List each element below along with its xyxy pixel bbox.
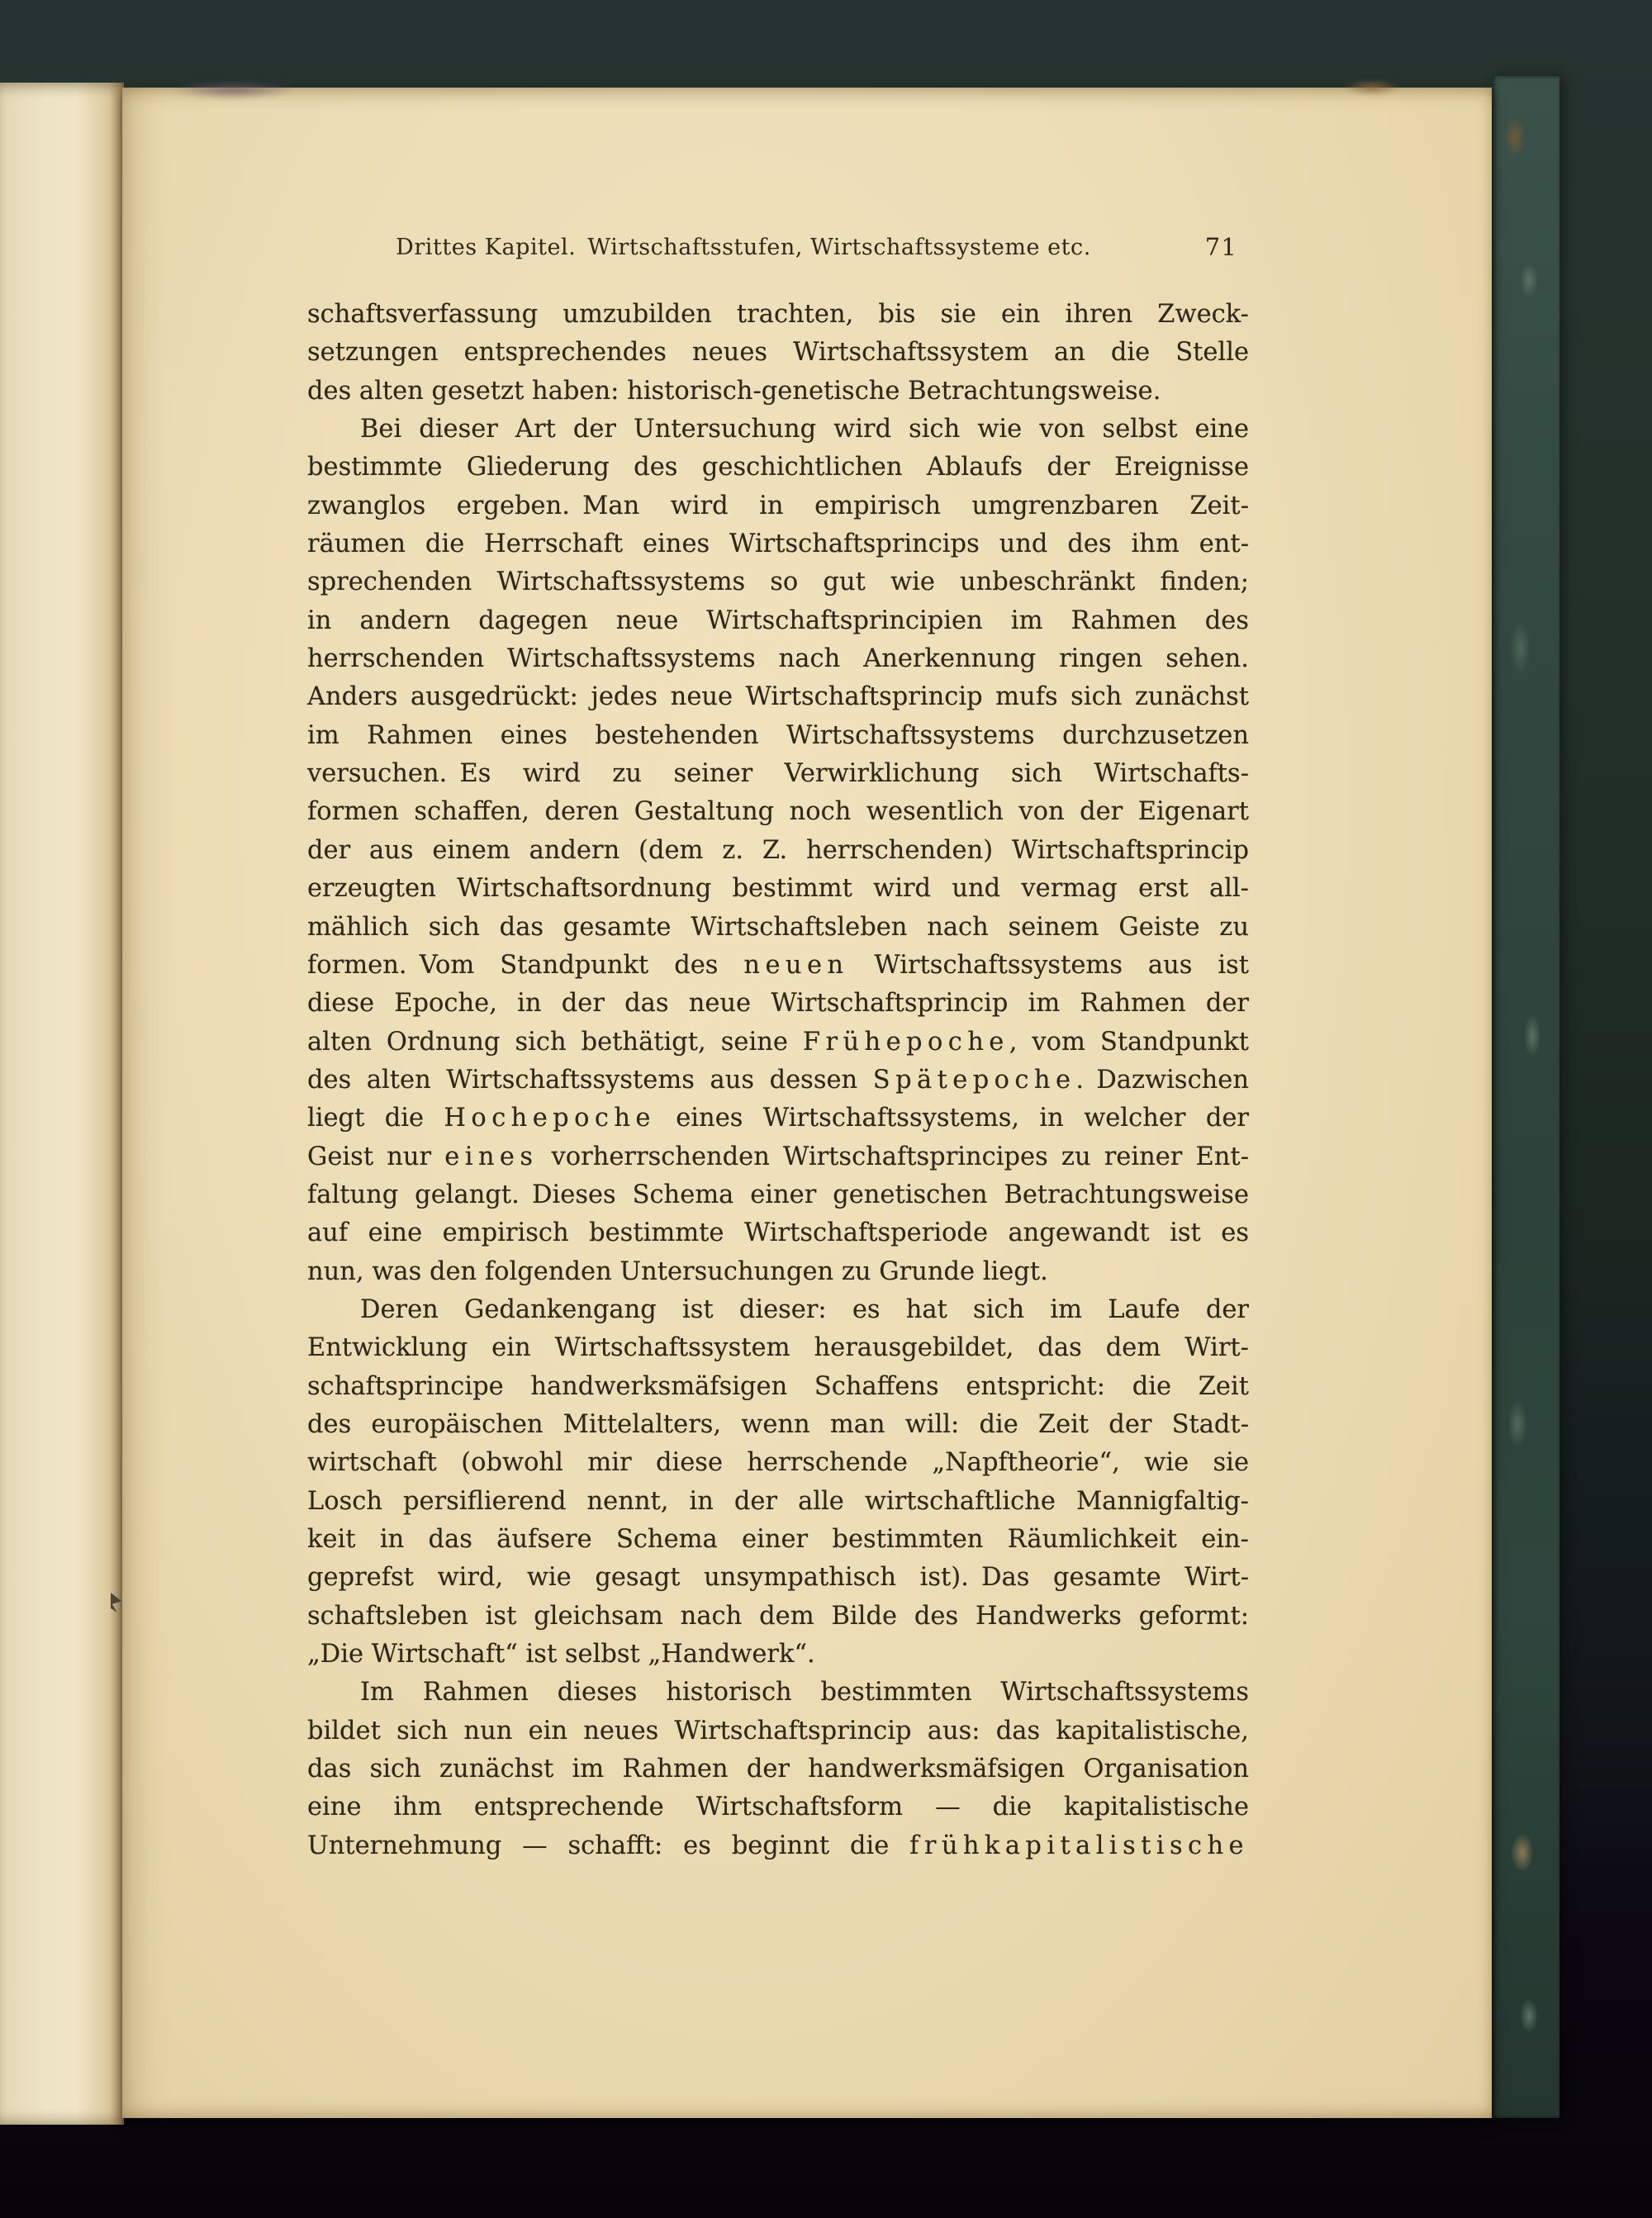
text-line: im Rahmen eines bestehenden Wirtschaftss…	[307, 717, 1249, 755]
paper-smudge	[172, 81, 296, 99]
text-line: setzungen entsprechendes neues Wirtschaf…	[307, 334, 1249, 372]
text-line: schaftsprincipe handwerksmäfsigen Schaff…	[307, 1368, 1249, 1406]
text-line: des alten Wirtschaftssystems aus dessen …	[307, 1062, 1249, 1100]
text-segment: Anders ausgedrückt: jedes neue Wirtschaf…	[307, 682, 1249, 711]
text-line: schaftsleben ist gleichsam nach dem Bild…	[307, 1598, 1249, 1636]
text-line: versuchen. Es wird zu seiner Verwirklich…	[307, 755, 1249, 793]
text-segment: mählich sich das gesamte Wirtschaftslebe…	[307, 913, 1249, 942]
text-line: bildet sich nun ein neues Wirtschaftspri…	[307, 1712, 1249, 1750]
text-segment: Bei dieser Art der Untersuchung wird sic…	[360, 415, 1249, 444]
text-segment: des europäischen Mittelalters, wenn man …	[307, 1410, 1249, 1439]
text-line: diese Epoche, in der das neue Wirtschaft…	[307, 985, 1249, 1023]
text-segment: Entwicklung ein Wirtschaftssystem heraus…	[307, 1333, 1249, 1362]
text-line: des europäischen Mittelalters, wenn man …	[307, 1406, 1249, 1444]
text-segment: bildet sich nun ein neues Wirtschaftspri…	[307, 1717, 1249, 1745]
running-title: Drittes Kapitel. Wirtschaftsstufen, Wirt…	[307, 235, 1180, 260]
book-page: Drittes Kapitel. Wirtschaftsstufen, Wirt…	[122, 88, 1492, 2118]
text-segment: , vom Standpunkt	[1009, 1028, 1249, 1057]
text-segment: Deren Gedankengang ist dieser: es hat si…	[360, 1295, 1249, 1324]
text-line: keit in das äufsere Schema einer bestimm…	[307, 1521, 1249, 1559]
text-line: alten Ordnung sich bethätigt, seine Früh…	[307, 1024, 1249, 1062]
text-line: auf eine empirisch bestimmte Wirtschafts…	[307, 1214, 1249, 1252]
body-text: schaftsverfassung umzubilden trachten, b…	[307, 296, 1249, 1865]
text-line: Unternehmung — schafft: es beginnt die f…	[307, 1827, 1249, 1865]
text-line: geprefst wird, wie gesagt unsympathisch …	[307, 1559, 1249, 1597]
text-segment: auf eine empirisch bestimmte Wirtschafts…	[307, 1218, 1249, 1247]
text-segment: räumen die Herrschaft eines Wirtschaftsp…	[307, 530, 1249, 558]
paper-smudge	[1343, 79, 1401, 96]
letter-spaced-text: Spätepoche	[873, 1066, 1076, 1095]
text-segment: Losch persiflierend nennt, in der alle w…	[307, 1487, 1249, 1516]
previous-page-edge	[0, 83, 124, 2125]
letter-spaced-text: eines	[444, 1142, 538, 1171]
text-segment: diese Epoche, in der das neue Wirtschaft…	[307, 989, 1249, 1018]
text-segment: des alten gesetzt haben: historisch-gene…	[307, 377, 1161, 406]
text-segment: Geist nur	[307, 1142, 444, 1171]
text-line: Entwicklung ein Wirtschaftssystem heraus…	[307, 1329, 1249, 1367]
text-line: formen schaffen, deren Gestaltung noch w…	[307, 793, 1249, 831]
text-segment: in andern dagegen neue Wirtschaftsprinci…	[307, 606, 1249, 635]
text-segment: keit in das äufsere Schema einer bestimm…	[307, 1525, 1249, 1554]
text-segment: eine ihm entsprechende Wirtschaftsform —…	[307, 1793, 1249, 1821]
page-number: 71	[1205, 233, 1237, 261]
text-line: Deren Gedankengang ist dieser: es hat si…	[307, 1291, 1249, 1329]
text-line: Anders ausgedrückt: jedes neue Wirtschaf…	[307, 678, 1249, 716]
text-segment: eines Wirtschaftssystems, in welcher der	[656, 1104, 1249, 1133]
text-segment: zwanglos ergeben. Man wird in empirisch …	[307, 492, 1249, 520]
text-line: herrschenden Wirtschaftssystems nach Ane…	[307, 640, 1249, 678]
text-segment: im Rahmen eines bestehenden Wirtschaftss…	[307, 721, 1249, 750]
text-segment: nun, was den folgenden Untersuchungen zu…	[307, 1257, 1048, 1286]
text-line: schaftsverfassung umzubilden trachten, b…	[307, 296, 1249, 334]
text-segment: herrschenden Wirtschaftssystems nach Ane…	[307, 644, 1249, 673]
text-segment: des alten Wirtschaftssystems aus dessen	[307, 1066, 873, 1095]
text-segment: Wirtschaftssystems aus ist	[848, 951, 1249, 980]
text-line: Im Rahmen dieses historisch bestimmten W…	[307, 1674, 1249, 1712]
text-segment: vorherrschenden Wirtschaftsprincipes zu …	[538, 1142, 1249, 1171]
text-line: mählich sich das gesamte Wirtschaftslebe…	[307, 909, 1249, 947]
letter-spaced-text: Frühepoche	[803, 1028, 1009, 1057]
text-line: bestimmte Gliederung des geschichtlichen…	[307, 449, 1249, 487]
page-header: Drittes Kapitel. Wirtschaftsstufen, Wirt…	[307, 235, 1249, 269]
text-segment: bestimmte Gliederung des geschichtlichen…	[307, 453, 1249, 482]
text-segment: schaftsprincipe handwerksmäfsigen Schaff…	[307, 1372, 1249, 1401]
text-line: sprechenden Wirtschaftssystems so gut wi…	[307, 563, 1249, 601]
text-line: Losch persiflierend nennt, in der alle w…	[307, 1483, 1249, 1521]
letter-spaced-text: Hochepoche	[444, 1104, 655, 1133]
letter-spaced-text: frühkapitalistische	[909, 1831, 1249, 1860]
text-line: zwanglos ergeben. Man wird in empirisch …	[307, 487, 1249, 525]
text-line: nun, was den folgenden Untersuchungen zu…	[307, 1253, 1249, 1291]
text-line: räumen die Herrschaft eines Wirtschaftsp…	[307, 525, 1249, 563]
text-segment: formen. Vom Standpunkt des	[307, 951, 743, 980]
text-segment: setzungen entsprechendes neues Wirtschaf…	[307, 338, 1249, 367]
text-segment: der aus einem andern (dem z. Z. herrsche…	[307, 836, 1249, 865]
text-line: wirtschaft (obwohl mir diese herrschende…	[307, 1444, 1249, 1482]
text-line: Geist nur eines vorherrschenden Wirtscha…	[307, 1138, 1249, 1176]
text-line: liegt die Hochepoche eines Wirtschaftssy…	[307, 1100, 1249, 1137]
text-segment: . Dazwischen	[1075, 1066, 1249, 1095]
text-segment: formen schaffen, deren Gestaltung noch w…	[307, 797, 1249, 826]
text-segment: schaftsverfassung umzubilden trachten, b…	[307, 300, 1249, 329]
text-line: faltung gelangt. Dieses Schema einer gen…	[307, 1176, 1249, 1214]
text-line: in andern dagegen neue Wirtschaftsprinci…	[307, 602, 1249, 640]
text-line: des alten gesetzt haben: historisch-gene…	[307, 373, 1249, 411]
text-segment: liegt die	[307, 1104, 444, 1133]
text-segment: geprefst wird, wie gesagt unsympathisch …	[307, 1563, 1249, 1592]
text-segment: Im Rahmen dieses historisch bestimmten W…	[360, 1678, 1249, 1707]
text-line: eine ihm entsprechende Wirtschaftsform —…	[307, 1788, 1249, 1826]
text-segment: „Die Wirtschaft“ ist selbst „Handwerk“.	[307, 1640, 815, 1669]
text-segment: erzeugten Wirtschaftsordnung bestimmt wi…	[307, 874, 1249, 903]
text-line: das sich zunächst im Rahmen der handwerk…	[307, 1750, 1249, 1788]
text-segment: sprechenden Wirtschaftssystems so gut wi…	[307, 568, 1249, 596]
text-line: erzeugten Wirtschaftsordnung bestimmt wi…	[307, 870, 1249, 908]
text-segment: schaftsleben ist gleichsam nach dem Bild…	[307, 1602, 1249, 1631]
text-segment: alten Ordnung sich bethätigt, seine	[307, 1028, 803, 1057]
text-line: formen. Vom Standpunkt des neuen Wirtsch…	[307, 947, 1249, 985]
text-segment: versuchen. Es wird zu seiner Verwirklich…	[307, 759, 1249, 788]
text-segment: das sich zunächst im Rahmen der handwerk…	[307, 1755, 1249, 1783]
text-line: Bei dieser Art der Untersuchung wird sic…	[307, 411, 1249, 449]
text-segment: Unternehmung — schafft: es beginnt die	[307, 1831, 909, 1860]
letter-spaced-text: neuen	[743, 951, 848, 980]
text-segment: faltung gelangt. Dieses Schema einer gen…	[307, 1180, 1249, 1209]
book-cover-edge	[1492, 76, 1559, 2118]
text-segment: wirtschaft (obwohl mir diese herrschende…	[307, 1448, 1249, 1477]
text-line: „Die Wirtschaft“ ist selbst „Handwerk“.	[307, 1636, 1249, 1674]
text-line: der aus einem andern (dem z. Z. herrsche…	[307, 832, 1249, 870]
